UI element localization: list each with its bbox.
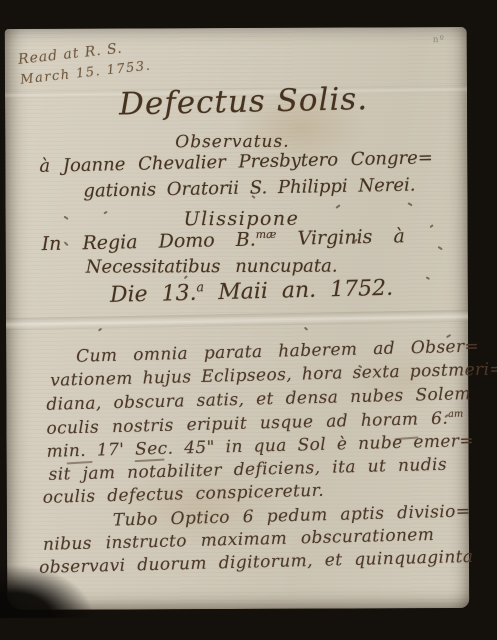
photograph-background: Read at R. S. March 15. 1753. nº Defectu… <box>0 0 497 640</box>
ink-speck <box>429 224 433 228</box>
manuscript-page: Read at R. S. March 15. 1753. nº Defectu… <box>5 27 470 610</box>
date-line-post: Maii an. 1752. <box>204 276 394 306</box>
date-line-pre: Die 13. <box>110 281 197 308</box>
ink-speck <box>438 246 443 250</box>
body-p1-line4-sup: am <box>448 409 463 420</box>
location-line-post: Virginis à <box>276 225 405 250</box>
author-line-2: gationis Oratorii S. Philippi Nerei. <box>83 175 416 202</box>
paper-crease <box>6 310 468 330</box>
location-line-pre: In Regia Domo B. <box>41 229 256 256</box>
location-line-sup: mæ <box>255 228 276 241</box>
archival-annotation: Read at R. S. March 15. 1753. <box>17 36 152 91</box>
corner-number-mark: nº <box>433 35 445 45</box>
ink-speck <box>335 204 340 209</box>
ink-speck <box>407 202 412 206</box>
ink-speck <box>98 328 102 332</box>
location-line: In Regia Domo B.mæ Virginis à <box>41 225 405 255</box>
location-line-2: Necessitatibus nuncupata. <box>86 256 338 278</box>
ink-speck <box>304 327 308 331</box>
date-line: Die 13.a Maii an. 1752. <box>110 275 394 307</box>
ink-speck <box>103 211 107 215</box>
ink-speck <box>426 276 430 280</box>
body-p1-line7: oculis defectus conspiceretur. <box>43 481 325 508</box>
author-line-1: à Joanne Chevalier Presbytero Congre= <box>39 147 433 177</box>
subtitle: Observatus. <box>175 132 289 152</box>
title: Defectus Solis. <box>119 81 369 122</box>
ink-speck <box>63 215 68 219</box>
